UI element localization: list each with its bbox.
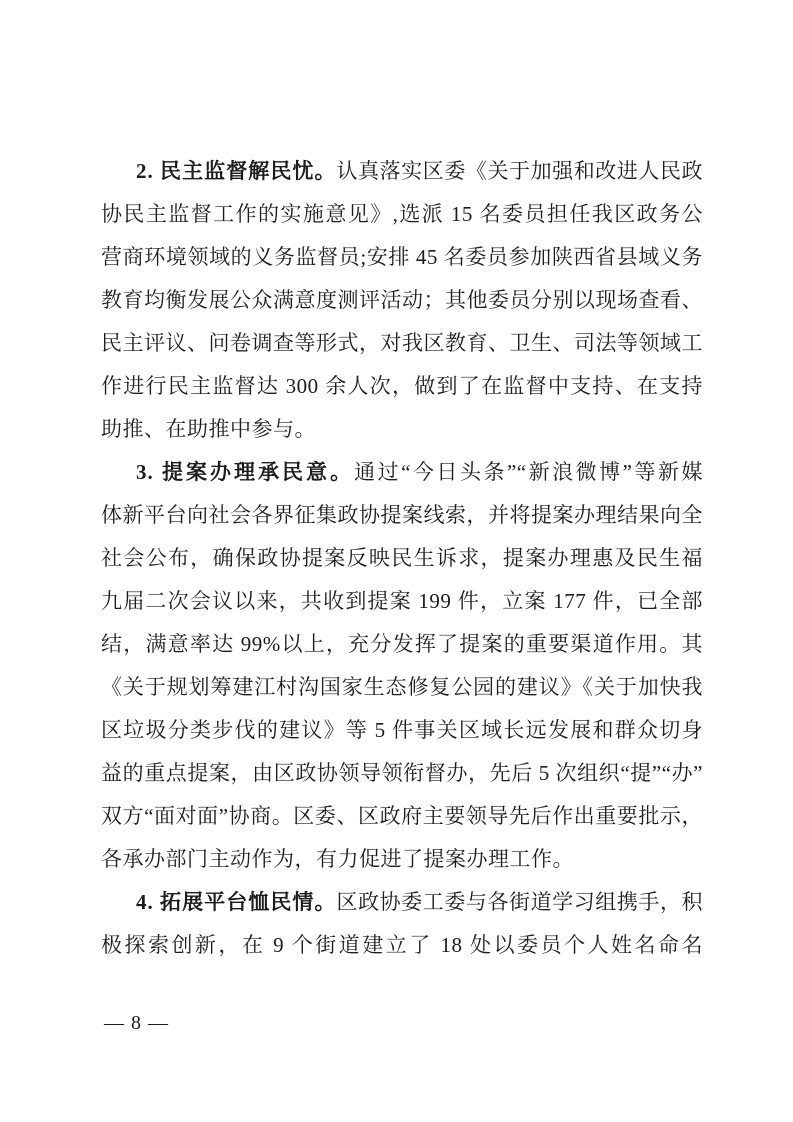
text-line: 3. 提案办理承民意。通过“今日头条”“新浪微博”等新媒 [101, 451, 703, 494]
text-line: 《关于规划筹建江村沟国家生态修复公园的建议》《关于加快我 [101, 666, 703, 709]
page-footer: — 8 — [104, 1010, 169, 1036]
text-line: 双方“面对面”协商。区委、区政府主要领导先后作出重要批示， [101, 795, 703, 838]
text-line: 极探索创新，在 9 个街道建立了 18 处以委员个人姓名命名的“委 [101, 924, 703, 967]
section-heading: 2. 民主监督解民忧。 [136, 159, 337, 183]
text-line: 教育均衡发展公众满意度测评活动；其他委员分别以现场查看、 [101, 279, 703, 322]
text-line: 2. 民主监督解民忧。认真落实区委《关于加强和改进人民政 [101, 150, 703, 193]
text-line: 作进行民主监督达 300 余人次，做到了在监督中支持、在支持中 [101, 365, 703, 408]
document-body: 2. 民主监督解民忧。认真落实区委《关于加强和改进人民政 协民主监督工作的实施意… [101, 150, 703, 967]
paragraph-section-3: 3. 提案办理承民意。通过“今日头条”“新浪微博”等新媒 体新平台向社会各界征集… [101, 451, 703, 881]
text-line: 助推、在助推中参与。 [101, 408, 703, 451]
section-heading: 3. 提案办理承民意。 [136, 460, 354, 484]
paragraph-section-2: 2. 民主监督解民忧。认真落实区委《关于加强和改进人民政 协民主监督工作的实施意… [101, 150, 703, 451]
text-line: 各承办部门主动作为，有力促进了提案办理工作。 [101, 838, 703, 881]
text-line: 协民主监督工作的实施意见》,选派 15 名委员担任我区政务公开、 [101, 193, 703, 236]
text-line: 结，满意率达 99%以上，充分发挥了提案的重要渠道作用。其中 [101, 623, 703, 666]
text-line: 体新平台向社会各界征集政协提案线索，并将提案办理结果向全 [101, 494, 703, 537]
text-line: 益的重点提案，由区政协领导领衔督办，先后 5 次组织“提”“办” [101, 752, 703, 795]
text-run: 认真落实区委《关于加强和改进人民政 [337, 159, 703, 183]
page-number: — 8 — [104, 1012, 169, 1034]
text-line: 社会公布，确保政协提案反映民生诉求，提案办理惠及民生福祉。 [101, 537, 703, 580]
text-line: 民主评议、问卷调查等形式，对我区教育、卫生、司法等领域工 [101, 322, 703, 365]
text-line: 营商环境领域的义务监督员;安排 45 名委员参加陕西省县域义务 [101, 236, 703, 279]
document-page: 2. 民主监督解民忧。认真落实区委《关于加强和改进人民政 协民主监督工作的实施意… [0, 0, 793, 1122]
text-run: 区政协委工委与各街道学习组携手，积 [337, 890, 703, 914]
section-heading: 4. 拓展平台恤民情。 [136, 890, 337, 914]
paragraph-section-4: 4. 拓展平台恤民情。区政协委工委与各街道学习组携手，积 极探索创新，在 9 个… [101, 881, 703, 967]
text-line: 区垃圾分类步伐的建议》等 5 件事关区域长远发展和群众切身利 [101, 709, 703, 752]
text-line: 4. 拓展平台恤民情。区政协委工委与各街道学习组携手，积 [101, 881, 703, 924]
text-run: 通过“今日头条”“新浪微博”等新媒 [354, 460, 703, 484]
text-line: 九届二次会议以来，共收到提案 199 件，立案 177 件，已全部办 [101, 580, 703, 623]
